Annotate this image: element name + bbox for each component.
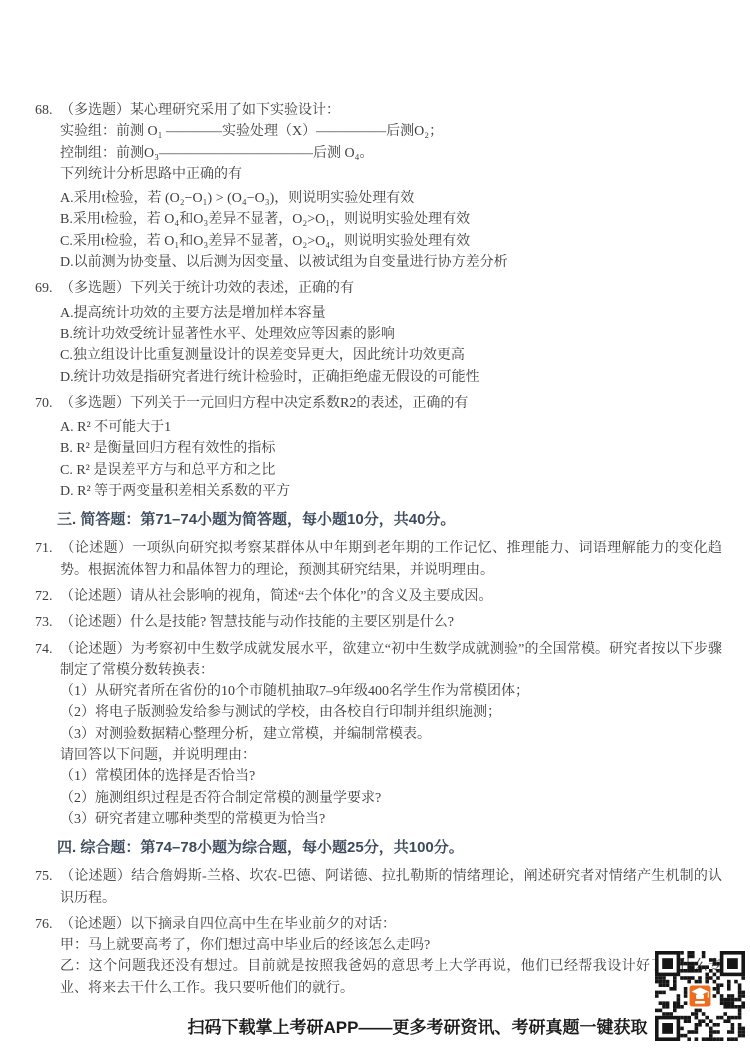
question-stem-text: （多选题）下列关于统计功效的表述，正确的有 [60,281,354,296]
option-a: A.采用t检验，若 (O₂−O₁) > (O₄−O₃)，则说明实验处理有效 [35,188,722,209]
question-75: 75.（论述题）结合詹姆斯-兰格、坎农-巴德、阿诺德、拉扎勒斯的情绪理论，阐述研… [35,866,722,909]
question-68-options: A.采用t检验，若 (O₂−O₁) > (O₄−O₃)，则说明实验处理有效 B.… [35,188,722,273]
question-number: 74. [35,639,60,660]
question-73: 73.（论述题）什么是技能? 智慧技能与动作技能的主要区别是什么? [35,612,722,633]
option-b: B. R² 是衡量回归方程有效性的指标 [35,438,722,459]
section-4-title: 四. 综合题：第74–78小题为综合题，每小题25分，共100分。 [57,838,722,857]
question-71-text: 71.（论述题）一项纵向研究拟考察某群体从中年期到老年期的工作记忆、推理能力、词… [35,538,722,581]
option-c: C.采用t检验，若 O₁和O₃差异不显著，O₂>O₄，则说明实验处理有效 [35,231,722,252]
option-d: D. R² 等于两变量积差相关系数的平方 [35,481,722,502]
question-73-text: 73.（论述题）什么是技能? 智慧技能与动作技能的主要区别是什么? [35,612,722,633]
question-text: （论述题）请从社会影响的视角，简述“去个体化”的含义及主要成因。 [60,589,492,604]
question-76: 76.（论述题）以下摘录自四位高中生在毕业前夕的对话： 甲：马上就要高考了，你们… [35,914,722,999]
question-75-text: 75.（论述题）结合詹姆斯-兰格、坎农-巴德、阿诺德、拉扎勒斯的情绪理论，阐述研… [35,866,722,909]
question-69-stem: 69.（多选题）下列关于统计功效的表述，正确的有 [35,278,722,299]
question-70-stem: 70.（多选题）下列关于一元回归方程中决定系数R2的表述，正确的有 [35,393,722,414]
question-72-text: 72.（论述题）请从社会影响的视角，简述“去个体化”的含义及主要成因。 [35,586,722,607]
question-number: 73. [35,612,60,633]
subquestion-3: （3）研究者建立哪种类型的常模更为恰当? [35,809,722,830]
question-68-stem: 68.（多选题）某心理研究采用了如下实验设计： [35,100,722,121]
option-a: A.提高统计功效的主要方法是增加样本容量 [35,303,722,324]
question-stem-text: （论述题）以下摘录自四位高中生在毕业前夕的对话： [60,917,396,932]
question-stem-text: （论述题）为考察初中生数学成就发展水平，欲建立“初中生数学成就测验”的全国常模。… [60,642,722,678]
option-b: B.统计功效受统计显著性水平、处理效应等因素的影响 [35,324,722,345]
question-text: （论述题）一项纵向研究拟考察某群体从中年期到老年期的工作记忆、推理能力、词语理解… [60,541,722,577]
question-68-prompt: 下列统计分析思路中正确的有 [35,164,722,185]
step-3: （3）对测验数据精心整理分析，建立常模，并编制常模表。 [35,724,722,745]
question-number: 76. [35,914,60,935]
subquestion-2: （2）施测组织过程是否符合制定常模的测量学要求? [35,788,722,809]
option-b: B.采用t检验，若 O₄和O₃差异不显著，O₂>O₁，则说明实验处理有效 [35,209,722,230]
footer-text: 扫码下载掌上考研APP——更多考研资讯、考研真题一键获取 [188,1018,648,1037]
question-number: 68. [35,100,60,121]
question-number: 70. [35,393,60,414]
question-number: 71. [35,538,60,559]
exam-page: 68.（多选题）某心理研究采用了如下实验设计： 实验组：前测 O₁ ————实验… [0,0,750,1061]
section-3-header: 三. 简答题：第71–74小题为简答题，每小题10分，共40分。 [35,510,722,529]
qr-code [655,951,745,1041]
question-74-prompt: 请回答以下问题，并说明理由： [35,745,722,766]
option-c: C. R² 是误差平方与和总平方和之比 [35,460,722,481]
question-number: 75. [35,866,60,887]
step-2: （2）将电子版测验发给参与测试的学校，由各校自行印制并组织施测； [35,702,722,723]
question-number: 69. [35,278,60,299]
question-72: 72.（论述题）请从社会影响的视角，简述“去个体化”的含义及主要成因。 [35,586,722,607]
step-1: （1）从研究者所在省份的10个市随机抽取7–9年级400名学生作为常模团体； [35,681,722,702]
section-4-header: 四. 综合题：第74–78小题为综合题，每小题25分，共100分。 [35,838,722,857]
option-d: D.统计功效是指研究者进行统计检验时，正确拒绝虚无假设的可能性 [35,367,722,388]
dialog-speaker-jia: 甲：马上就要高考了，你们想过高中毕业后的经该怎么走吗? [35,935,722,956]
question-stem-text: （多选题）下列关于一元回归方程中决定系数R2的表述，正确的有 [60,396,468,411]
question-69: 69.（多选题）下列关于统计功效的表述，正确的有 A.提高统计功效的主要方法是增… [35,278,722,387]
option-c: C.独立组设计比重复测量设计的误差变异更大，因此统计功效更高 [35,345,722,366]
question-70-options: A. R² 不可能大于1 B. R² 是衡量回归方程有效性的指标 C. R² 是… [35,417,722,502]
question-number: 72. [35,586,60,607]
question-text: （论述题）结合詹姆斯-兰格、坎农-巴德、阿诺德、拉扎勒斯的情绪理论，阐述研究者对… [60,869,722,905]
option-d: D.以前测为协变量、以后测为因变量、以被试组为自变量进行协方差分析 [35,252,722,273]
question-70: 70.（多选题）下列关于一元回归方程中决定系数R2的表述，正确的有 A. R² … [35,393,722,502]
exam-content: 68.（多选题）某心理研究采用了如下实验设计： 实验组：前测 O₁ ————实验… [35,100,722,1004]
question-74-stem: 74.（论述题）为考察初中生数学成就发展水平，欲建立“初中生数学成就测验”的全国… [35,639,722,682]
section-3-title: 三. 简答题：第71–74小题为简答题，每小题10分，共40分。 [57,510,722,529]
qr-code-svg [655,951,745,1041]
option-a: A. R² 不可能大于1 [35,417,722,438]
experiment-group-line: 实验组：前测 O₁ ————实验处理（X）—————后测O₂； [35,121,722,142]
control-group-line: 控制组：前测O₃———————————后测 O₄。 [35,143,722,164]
question-76-stem: 76.（论述题）以下摘录自四位高中生在毕业前夕的对话： [35,914,722,935]
subquestion-1: （1）常模团体的选择是否恰当? [35,766,722,787]
question-text: （论述题）什么是技能? 智慧技能与动作技能的主要区别是什么? [60,615,454,630]
question-69-options: A.提高统计功效的主要方法是增加样本容量 B.统计功效受统计显著性水平、处理效应… [35,303,722,388]
question-71: 71.（论述题）一项纵向研究拟考察某群体从中年期到老年期的工作记忆、推理能力、词… [35,538,722,581]
dialog-speaker-yi: 乙：这个问题我还没有想过。目前就是按照我爸妈的意思考上大学再说，他们已经帮我设计… [35,956,722,999]
footer-banner: 扫码下载掌上考研APP——更多考研资讯、考研真题一键获取 [165,1017,670,1039]
question-stem-text: （多选题）某心理研究采用了如下实验设计： [60,103,340,118]
question-68: 68.（多选题）某心理研究采用了如下实验设计： 实验组：前测 O₁ ————实验… [35,100,722,273]
question-74: 74.（论述题）为考察初中生数学成就发展水平，欲建立“初中生数学成就测验”的全国… [35,639,722,831]
